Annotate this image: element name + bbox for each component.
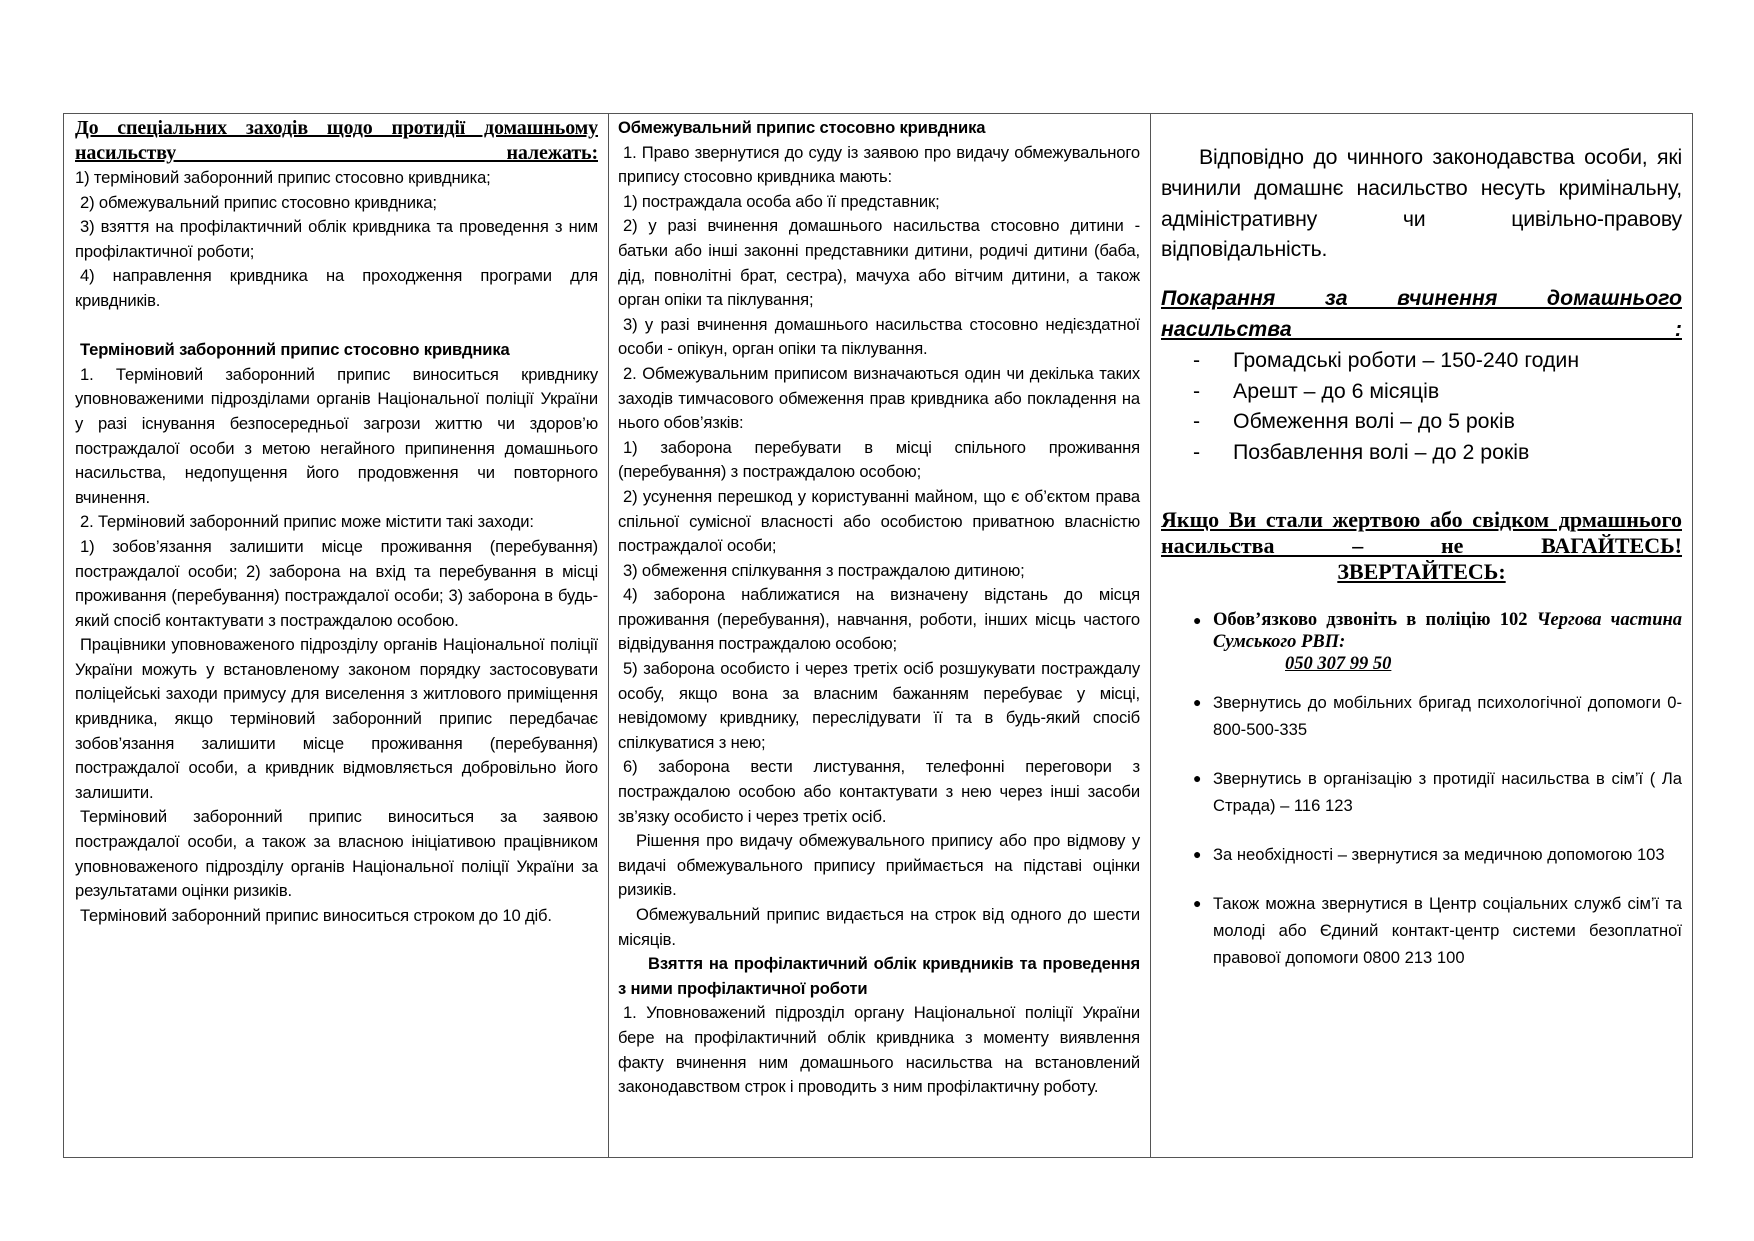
dash-icon: - — [1193, 406, 1233, 437]
measure-item: 1) терміновий заборонний припис стосовно… — [75, 166, 598, 191]
urgent-order-paragraph: 1) зобов’язання залишити місце проживанн… — [75, 535, 598, 633]
measure-item: 2) обмежувальний припис стосовно кривдни… — [75, 191, 598, 216]
help-item: ● Також можна звернутися в Центр соціаль… — [1161, 890, 1682, 971]
penalties-heading: Покарання за вчинення домашнього насильс… — [1161, 283, 1682, 345]
special-measures-heading: До спеціальних заходів щодо протидії дом… — [75, 116, 598, 166]
urgent-order-paragraph: 2. Терміновий заборонний припис може міс… — [75, 510, 598, 535]
police-phone-number: 050 307 99 50 — [1213, 653, 1682, 675]
urgent-order-paragraph: 1. Терміновий заборонний припис виносить… — [75, 363, 598, 511]
restraining-order-paragraph: Рішення про видачу обмежувального припис… — [618, 829, 1140, 903]
restraining-order-paragraph: 1) заборона перебувати в місці спільного… — [618, 436, 1140, 485]
leaflet-table: До спеціальних заходів щодо протидії дом… — [63, 113, 1693, 1158]
urgent-order-paragraph: Терміновий заборонний припис виноситься … — [75, 805, 598, 903]
penalties-list: -Громадські роботи – 150-240 годин -Ареш… — [1161, 345, 1682, 467]
responsibility-intro: Відповідно до чинного законодавства особ… — [1161, 142, 1682, 265]
help-item-police: ● Обов’язково дзвоніть в поліцію 102 Чер… — [1161, 609, 1682, 675]
penalty-item: -Громадські роботи – 150-240 годин — [1193, 345, 1682, 376]
restraining-order-paragraph: Обмежувальний припис видається на строк … — [618, 903, 1140, 952]
column-restraining-order: Обмежувальний припис стосовно кривдника … — [609, 114, 1151, 1157]
measure-item: 4) направлення кривдника на проходження … — [75, 264, 598, 313]
bullet-icon: ● — [1161, 841, 1213, 868]
preventive-registry-paragraph: 1. Уповноважений підрозділ органу Націон… — [618, 1001, 1140, 1099]
restraining-order-paragraph: 5) заборона особисто і через третіх осіб… — [618, 657, 1140, 755]
help-item: ● Звернутись до мобільних бригад психоло… — [1161, 689, 1682, 743]
help-heading: Якщо Ви стали жертвою або свідком дрмашн… — [1161, 507, 1682, 585]
restraining-order-paragraph: 4) заборона наближатися на визначену від… — [618, 583, 1140, 657]
restraining-order-paragraph: 3) обмеження спілкування з постраждалою … — [618, 559, 1140, 584]
help-item: ● Звернутись в організацію з протидії на… — [1161, 765, 1682, 819]
column-responsibility-and-help: Відповідно до чинного законодавства особ… — [1151, 114, 1692, 1157]
dash-icon: - — [1193, 437, 1233, 468]
spacer — [75, 314, 598, 339]
help-contacts-list: ● Обов’язково дзвоніть в поліцію 102 Чер… — [1161, 609, 1682, 971]
preventive-registry-title: Взяття на профілактичний облік кривдникі… — [618, 952, 1140, 1001]
restraining-order-paragraph: 2. Обмежувальним приписом визначаються о… — [618, 362, 1140, 436]
dash-icon: - — [1193, 345, 1233, 376]
dash-icon: - — [1193, 376, 1233, 407]
measure-item: 3) взяття на профілактичний облік кривдн… — [75, 215, 598, 264]
help-item: ● За необхідності – звернутися за медичн… — [1161, 841, 1682, 868]
urgent-order-title: Терміновий заборонний припис стосовно кр… — [75, 338, 598, 363]
restraining-order-paragraph: 2) у разі вчинення домашнього насильства… — [618, 214, 1140, 312]
restraining-order-paragraph: 2) усунення перешкод у користуванні майн… — [618, 485, 1140, 559]
restraining-order-title: Обмежувальний припис стосовно кривдника — [618, 116, 1140, 141]
penalty-item: -Арешт – до 6 місяців — [1193, 376, 1682, 407]
penalty-item: -Позбавлення волі – до 2 років — [1193, 437, 1682, 468]
urgent-order-paragraph: Терміновий заборонний припис виноситься … — [75, 904, 598, 929]
restraining-order-paragraph: 1. Право звернутися до суду із заявою пр… — [618, 141, 1140, 190]
bullet-icon: ● — [1161, 609, 1213, 675]
bullet-icon: ● — [1161, 890, 1213, 971]
bullet-icon: ● — [1161, 765, 1213, 819]
restraining-order-paragraph: 6) заборона вести листування, телефонні … — [618, 755, 1140, 829]
urgent-order-paragraph: Працівники уповноваженого підрозділу орг… — [75, 633, 598, 805]
restraining-order-paragraph: 3) у разі вчинення домашнього насильства… — [618, 313, 1140, 362]
restraining-order-paragraph: 1) постраждала особа або її представник; — [618, 190, 1140, 215]
bullet-icon: ● — [1161, 689, 1213, 743]
penalty-item: -Обмеження волі – до 5 років — [1193, 406, 1682, 437]
column-special-measures: До спеціальних заходів щодо протидії дом… — [64, 114, 609, 1157]
